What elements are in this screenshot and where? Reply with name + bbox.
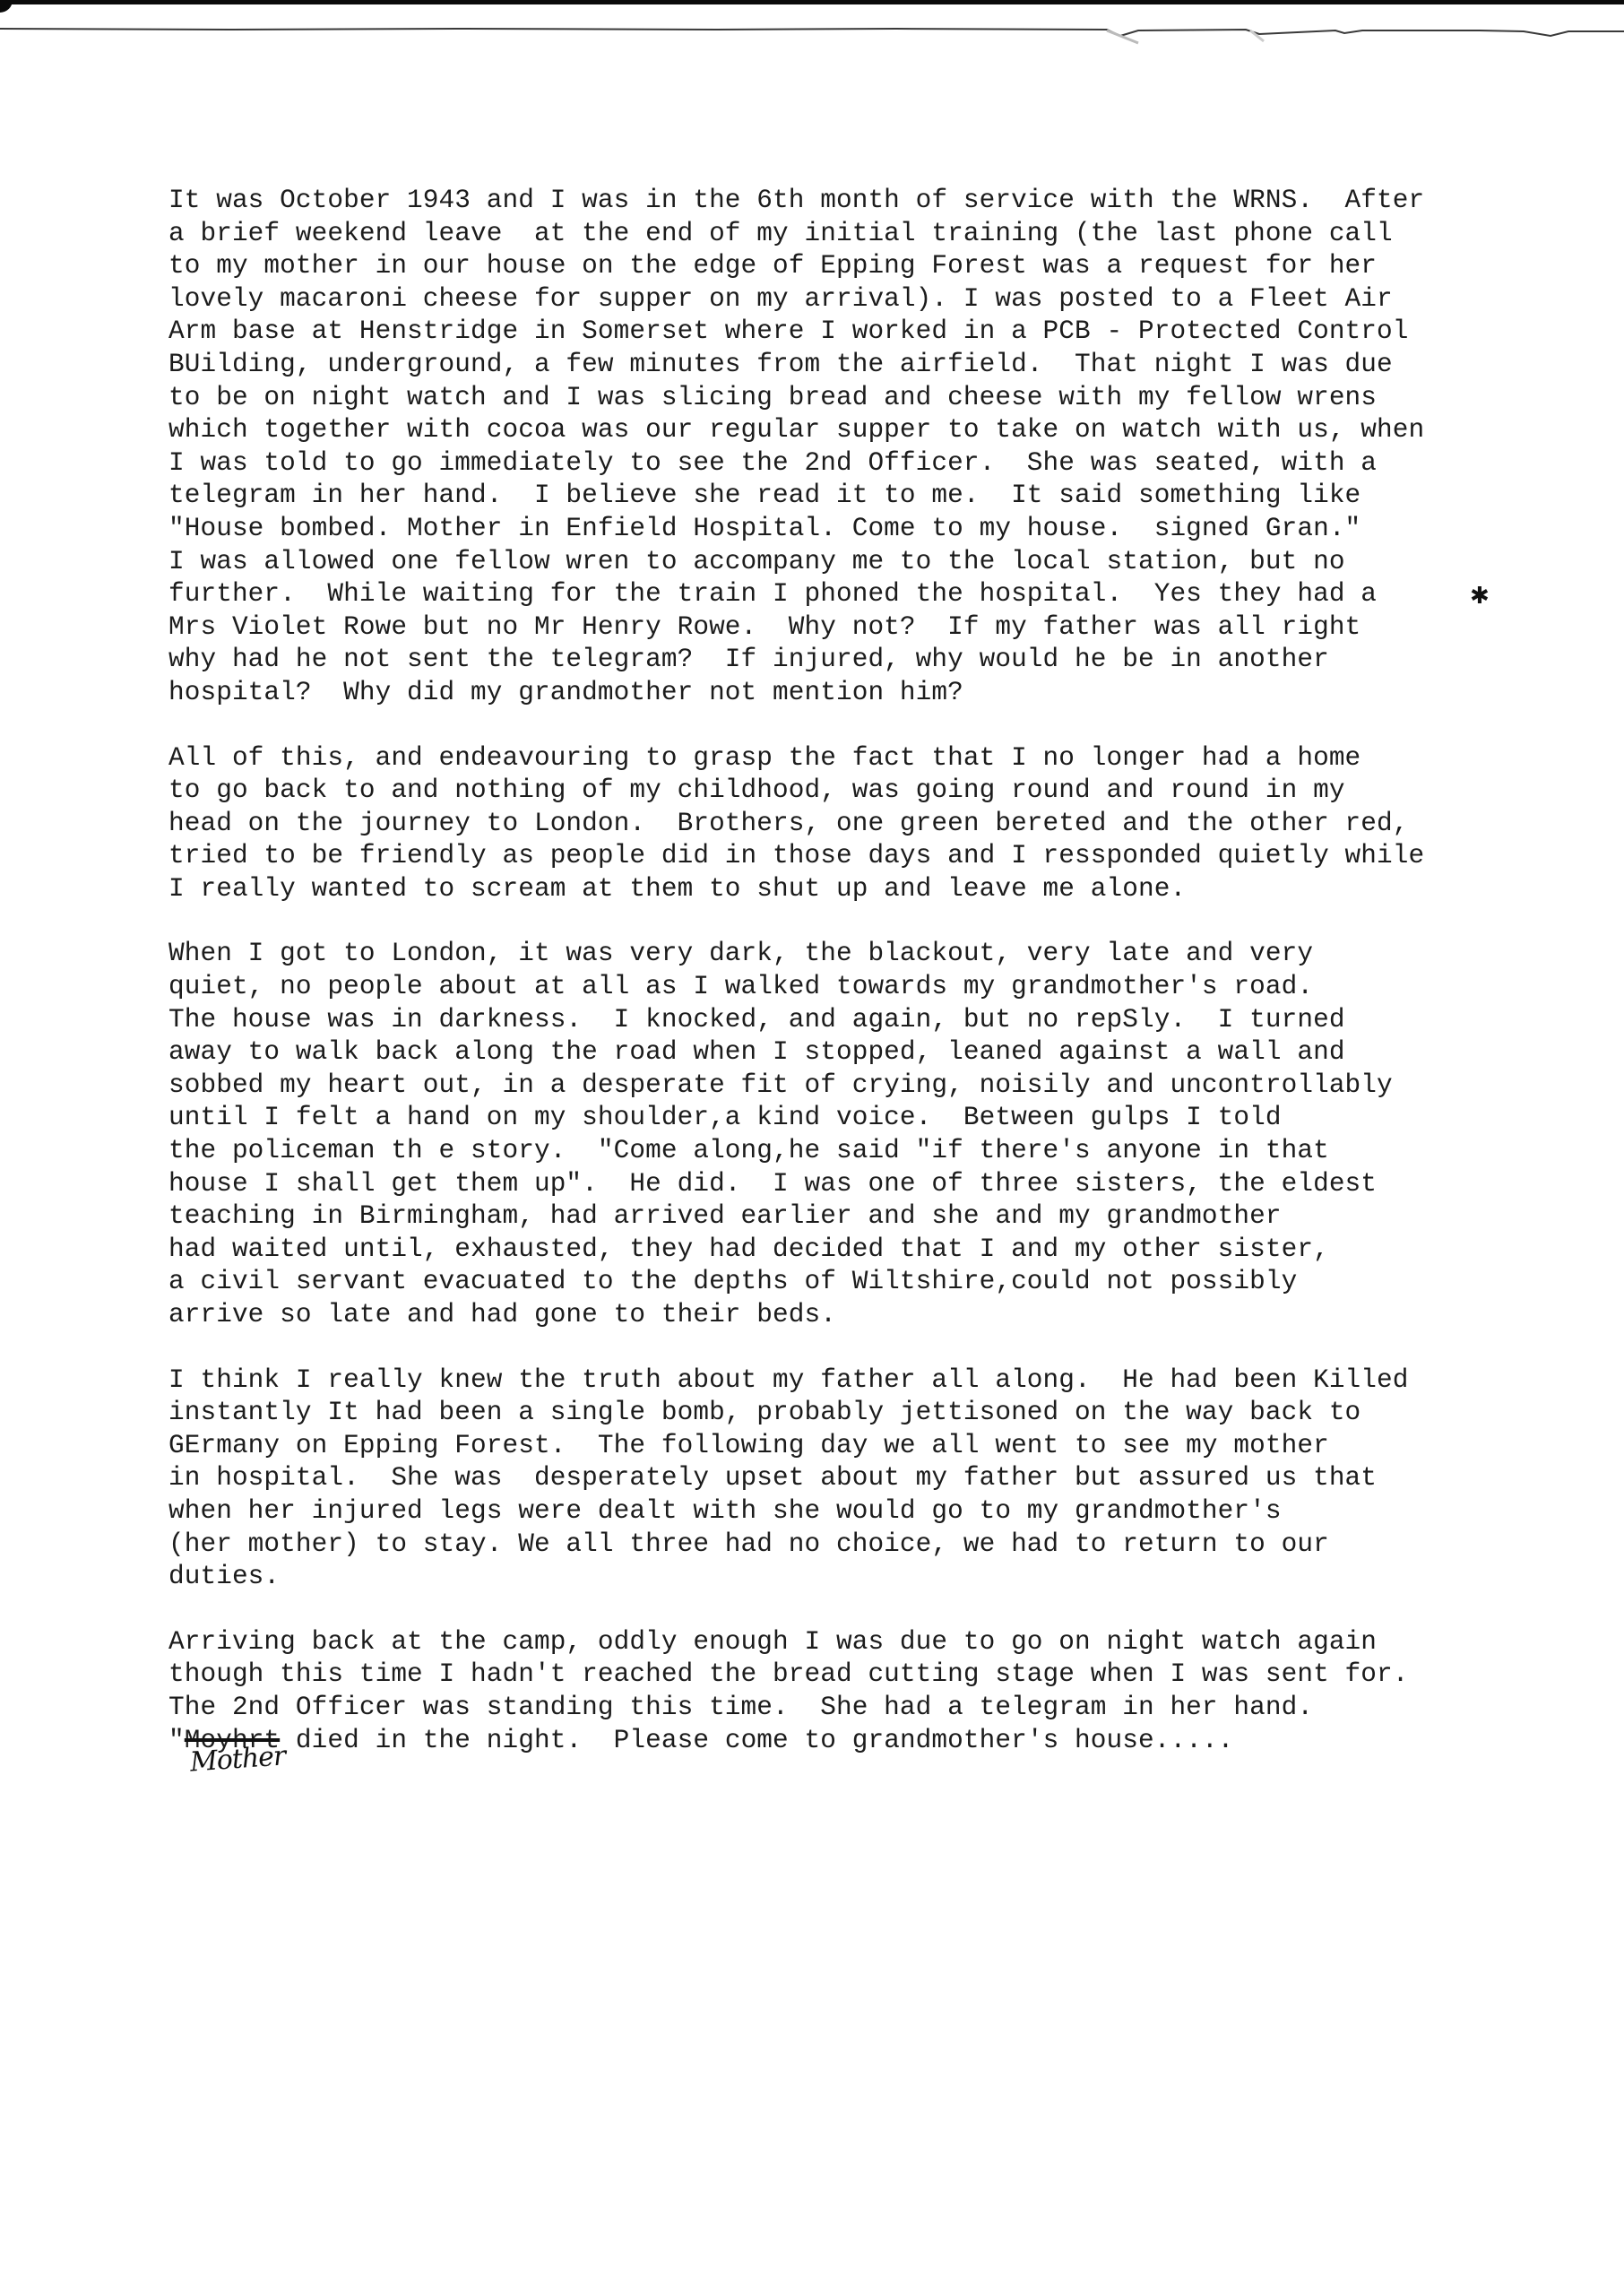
- paragraph-5: Arriving back at the camp, oddly enough …: [168, 1626, 1477, 1757]
- paragraph-3: When I got to London, it was very dark, …: [168, 938, 1477, 1331]
- text-line: a civil servant evacuated to the depths …: [168, 1266, 1477, 1299]
- text-line: head on the journey to London. Brothers,…: [168, 808, 1477, 841]
- text-line: I think I really knew the truth about my…: [168, 1364, 1477, 1398]
- text-line: until I felt a hand on my shoulder,a kin…: [168, 1102, 1477, 1135]
- text-line: BUilding, underground, a few minutes fro…: [168, 349, 1477, 382]
- text-line: I really wanted to scream at them to shu…: [168, 873, 1477, 906]
- text-line: away to walk back along the road when I …: [168, 1036, 1477, 1070]
- text-line: I was told to go immediately to see the …: [168, 447, 1477, 481]
- text-line: instantly It had been a single bomb, pro…: [168, 1397, 1477, 1430]
- text-line: "House bombed. Mother in Enfield Hospita…: [168, 513, 1477, 546]
- text-line: The 2nd Officer was standing this time. …: [168, 1692, 1477, 1725]
- text-line: telegram in her hand. I believe she read…: [168, 480, 1477, 513]
- ink-mark-star: ✱: [1470, 583, 1490, 610]
- text-line: in hospital. She was desperately upset a…: [168, 1462, 1477, 1495]
- text-line: tried to be friendly as people did in th…: [168, 840, 1477, 873]
- text-line: GErmany on Epping Forest. The following …: [168, 1430, 1477, 1463]
- handwritten-correction: Mother: [189, 1740, 286, 1778]
- text-line: duties.: [168, 1561, 1477, 1594]
- text-line: Mrs Violet Rowe but no Mr Henry Rowe. Wh…: [168, 611, 1477, 645]
- text-line: The house was in darkness. I knocked, an…: [168, 1004, 1477, 1037]
- text-line-final: "Moyhrt died in the night. Please come t…: [168, 1725, 1477, 1758]
- final-line-rest: died in the night. Please come to grandm…: [280, 1726, 1233, 1755]
- text-line: teaching in Birmingham, had arrived earl…: [168, 1200, 1477, 1234]
- text-line: which together with cocoa was our regula…: [168, 414, 1477, 447]
- typewritten-page: It was October 1943 and I was in the 6th…: [168, 185, 1477, 1789]
- text-line: to be on night watch and I was slicing b…: [168, 382, 1477, 415]
- text-line: to go back to and nothing of my childhoo…: [168, 775, 1477, 808]
- text-line: to my mother in our house on the edge of…: [168, 250, 1477, 283]
- text-line: All of this, and endeavouring to grasp t…: [168, 742, 1477, 775]
- text-line: When I got to London, it was very dark, …: [168, 938, 1477, 971]
- open-quote: ": [168, 1726, 185, 1755]
- text-line: lovely macaroni cheese for supper on my …: [168, 283, 1477, 316]
- text-line: (her mother) to stay. We all three had n…: [168, 1529, 1477, 1562]
- text-line: the policeman th e story. "Come along,he…: [168, 1135, 1477, 1168]
- scan-corner: [0, 0, 13, 13]
- text-line: I was allowed one fellow wren to accompa…: [168, 546, 1477, 579]
- text-line: It was October 1943 and I was in the 6th…: [168, 185, 1477, 218]
- text-line: house I shall get them up". He did. I wa…: [168, 1168, 1477, 1201]
- text-line: why had he not sent the telegram? If inj…: [168, 644, 1477, 677]
- paragraph-4: I think I really knew the truth about my…: [168, 1364, 1477, 1594]
- scan-top-border: [0, 0, 1624, 4]
- paper-edge-line: [0, 25, 1624, 52]
- text-line: Arm base at Henstridge in Somerset where…: [168, 316, 1477, 349]
- text-line: sobbed my heart out, in a desperate fit …: [168, 1070, 1477, 1103]
- text-line: a brief weekend leave at the end of my i…: [168, 218, 1477, 251]
- text-line: hospital? Why did my grandmother not men…: [168, 677, 1477, 710]
- text-line: when her injured legs were dealt with sh…: [168, 1495, 1477, 1529]
- paragraph-1: It was October 1943 and I was in the 6th…: [168, 185, 1477, 710]
- text-line: arrive so late and had gone to their bed…: [168, 1299, 1477, 1332]
- text-line: Arriving back at the camp, oddly enough …: [168, 1626, 1477, 1659]
- text-line: had waited until, exhausted, they had de…: [168, 1234, 1477, 1267]
- text-line: quiet, no people about at all as I walke…: [168, 971, 1477, 1004]
- paragraph-2: All of this, and endeavouring to grasp t…: [168, 742, 1477, 906]
- text-line: though this time I hadn't reached the br…: [168, 1658, 1477, 1692]
- text-line: further. While waiting for the train I p…: [168, 578, 1477, 611]
